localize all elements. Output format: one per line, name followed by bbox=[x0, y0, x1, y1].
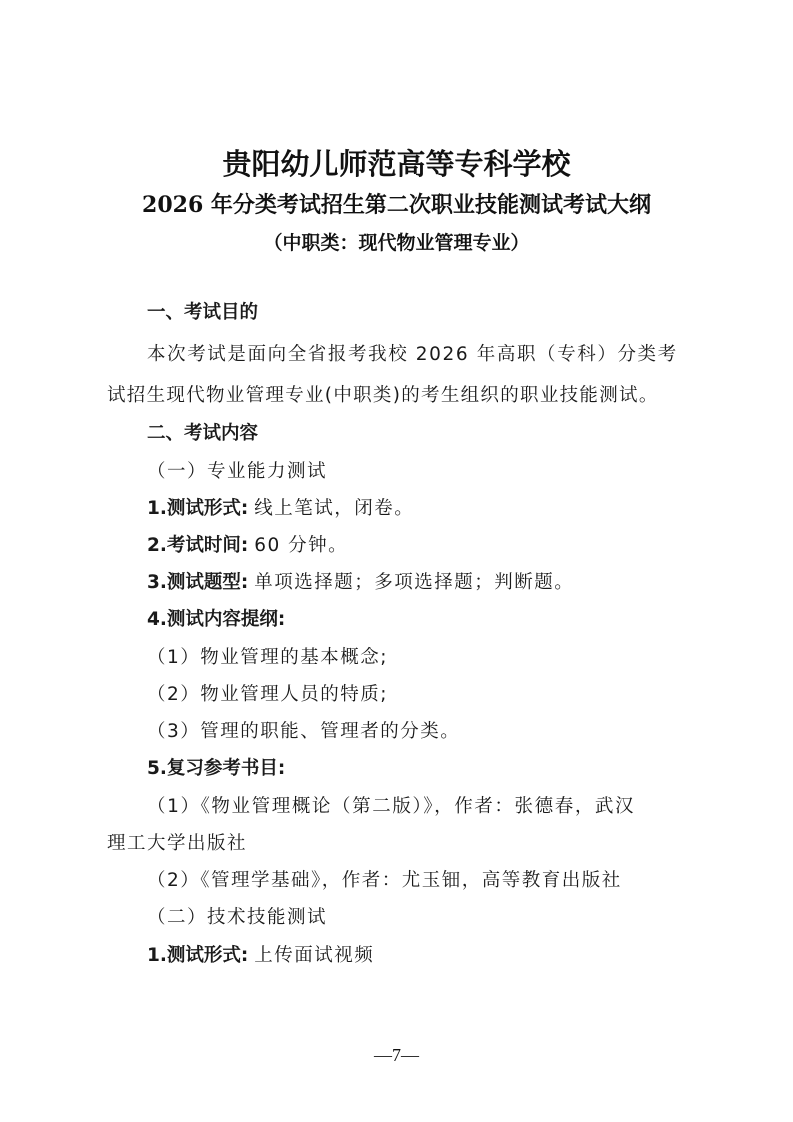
document-page: 贵阳幼儿师范高等专科学校 2026 年分类考试招生第二次职业技能测试考试大纲 （… bbox=[0, 0, 793, 1122]
item-value: 60 分钟。 bbox=[254, 535, 348, 556]
item-label: 1.测试形式: bbox=[147, 945, 248, 966]
section-heading-content: 二、考试内容 bbox=[147, 419, 258, 445]
item-exam-time: 2.考试时间: 60 分钟。 bbox=[147, 531, 348, 557]
item-question-types: 3.测试题型: 单项选择题；多项选择题；判断题。 bbox=[147, 568, 574, 594]
outline-item-3: （3）管理的职能、管理者的分类。 bbox=[147, 717, 460, 743]
book-2: （2）《管理学基础》，作者：尤玉钿，高等教育出版社 bbox=[147, 866, 622, 892]
item-label: 3.测试题型: bbox=[147, 572, 248, 593]
technical-item-test-format: 1.测试形式: 上传面试视频 bbox=[147, 941, 374, 967]
purpose-paragraph-line2: 试招生现代物业管理专业(中职类)的考生组织的职业技能测试。 bbox=[107, 381, 659, 407]
item-value: 上传面试视频 bbox=[254, 945, 374, 966]
item-test-format: 1.测试形式: 线上笔试，闭卷。 bbox=[147, 494, 414, 520]
document-title: 2026 年分类考试招生第二次职业技能测试考试大纲 bbox=[0, 188, 793, 219]
item-label: 1.测试形式: bbox=[147, 498, 248, 519]
document-subtitle: （中职类：现代物业管理专业） bbox=[0, 228, 793, 255]
section-heading-purpose: 一、考试目的 bbox=[147, 298, 258, 324]
book-1-line2: 理工大学出版社 bbox=[107, 829, 247, 855]
item-label: 4.测试内容提纲: bbox=[147, 609, 285, 630]
subsection-heading-technical: （二）技术技能测试 bbox=[147, 903, 327, 929]
page-number: —7— bbox=[0, 1045, 793, 1066]
item-label: 2.考试时间: bbox=[147, 535, 248, 556]
outline-item-2: （2）物业管理人员的特质; bbox=[147, 680, 388, 706]
reference-books-heading: 5.复习参考书目: bbox=[147, 754, 285, 780]
item-content-outline: 4.测试内容提纲: bbox=[147, 605, 285, 631]
item-value: 线上笔试，闭卷。 bbox=[254, 498, 414, 519]
purpose-paragraph-line1: 本次考试是面向全省报考我校 2026 年高职（专科）分类考 bbox=[147, 340, 678, 366]
school-name: 贵阳幼儿师范高等专科学校 bbox=[0, 142, 793, 183]
subsection-heading-professional: （一）专业能力测试 bbox=[147, 457, 327, 483]
outline-item-1: （1）物业管理的基本概念; bbox=[147, 643, 388, 669]
item-value: 单项选择题；多项选择题；判断题。 bbox=[254, 572, 574, 593]
book-1-line1: （1）《物业管理概论（第二版）》，作者：张德春，武汉 bbox=[147, 792, 635, 818]
